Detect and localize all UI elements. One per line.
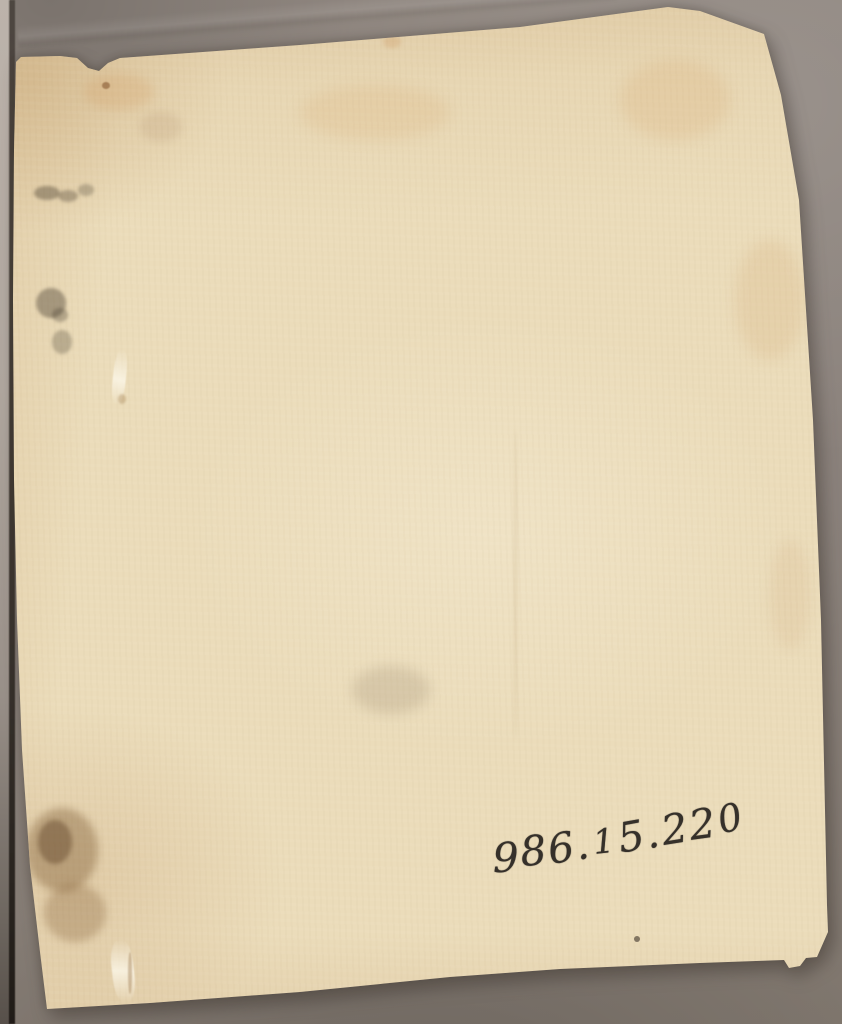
discoloration-stain [735,240,805,360]
crease-mark [514,430,517,740]
charcoal-smudge [78,184,94,196]
discoloration-stain [140,112,182,142]
charcoal-smudge [52,308,68,322]
paper-tear [128,952,132,994]
paper-sheet-wrapper: 986.15.220 [0,0,842,1024]
discoloration-stain [770,540,810,650]
discoloration-stain [620,60,730,140]
foxing-spot [383,36,401,48]
charcoal-smudge [34,186,60,200]
brown-stain [38,820,72,864]
foxing-spot [118,394,126,404]
discoloration-stain [84,74,154,110]
photograph-album-page: 986.15.220 [0,0,842,1024]
charcoal-smudge [52,330,72,354]
discoloration-stain [300,85,450,140]
brown-stain [44,884,106,942]
smudge-mark [352,666,430,714]
foxing-spot [634,936,640,942]
charcoal-smudge [58,190,78,202]
paper-sheet-verso: 986.15.220 [0,0,842,1024]
